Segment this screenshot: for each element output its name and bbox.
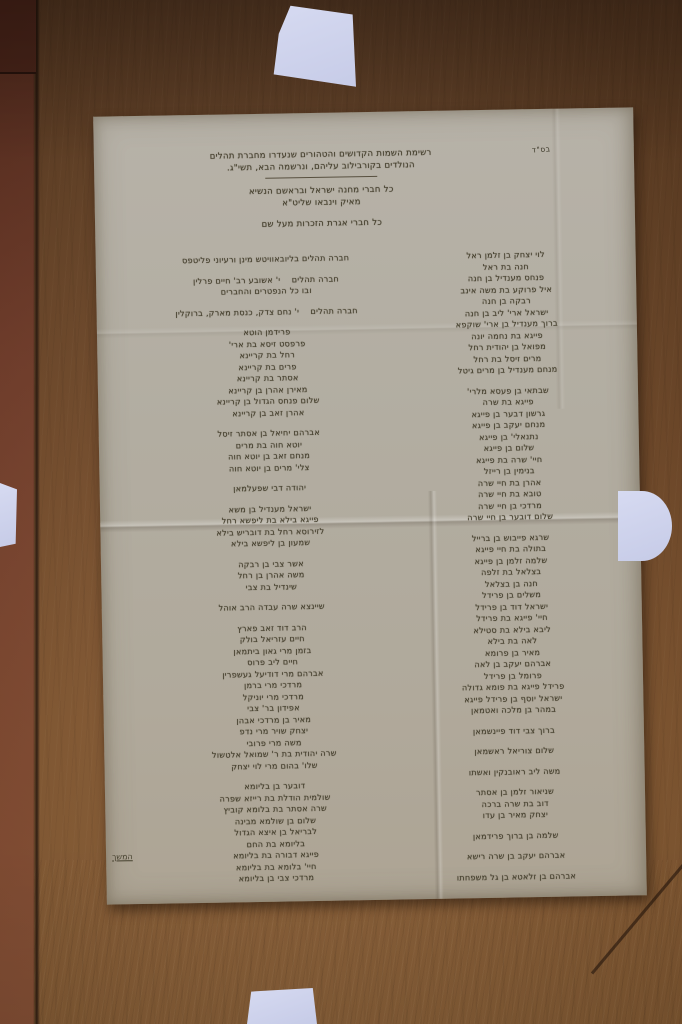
name-line: אברהם בן זלאטא בן גל משפחתו	[400, 869, 632, 885]
tape-piece-bottom	[247, 988, 317, 1024]
name-line: יהודה דבי שפעלמאן	[118, 480, 422, 497]
name-group: משה ליב ראובנקין ואשתו	[399, 764, 631, 780]
name-line: שיינצא שרה עבדה הרב אוהל	[120, 599, 424, 616]
name-group: שלום צוריאל ראשמאן	[398, 743, 630, 759]
name-group: אברהם בן זלאטא בן גל משפחתו	[400, 869, 632, 885]
name-line: שלמה בן ברוך פרידמאן	[400, 828, 632, 844]
names-column-left: חברה תהלים בליובאוויטש מינן ורעיוני פליט…	[114, 251, 429, 896]
tape-piece-left	[0, 483, 17, 547]
title-separator	[265, 176, 377, 179]
name-line: חברה תהלים י' נחם צדק, כנסת מארק, ברוקלי…	[115, 304, 419, 321]
photo-of-document: { "photo": { "handwritten_note": "בס\"ד"…	[0, 0, 682, 1024]
document-header: רשימת השמות הקדושים והטהורים שנעדרו מחבר…	[115, 145, 527, 233]
name-group: אברהם יעקב בן שרה רישא	[400, 848, 632, 864]
name-group: הרב דוד זאב פארץחיים עזריאל בולקבזמן מרי…	[120, 620, 427, 775]
name-line: שלום צוריאל ראשמאן	[398, 743, 630, 759]
handwritten-note: בס"ד	[532, 144, 551, 154]
right-name-list: לוי יצחק בן זלמן ראלחנה בת ראלפנחס מענדי…	[390, 248, 633, 885]
name-group: שרגא פייבוש בן בריילבתולה בת חיי פייגאשל…	[394, 530, 629, 718]
name-group: חברה תהלים י' אשובע רב' חיים פרליןובו כל…	[114, 272, 418, 300]
name-line: אברהם יעקב בן שרה רישא	[400, 848, 632, 864]
left-name-list: פרידמן הוטאפרפסט זיסא בת ארי'רחל בת קריי…	[115, 324, 429, 887]
footer-note: המשך	[112, 852, 133, 861]
name-line: חברה תהלים בליובאוויטש מינן ורעיוני פליט…	[114, 251, 418, 268]
name-group: פרידמן הוטאפרפסט זיסא בת ארי'רחל בת קריי…	[115, 324, 421, 421]
name-group: חברה תהלים בליובאוויטש מינן ורעיוני פליט…	[114, 251, 418, 268]
dedication-line-3: כל חברי אגרת הזכרות מעל שם	[117, 214, 528, 233]
society-header-list: חברה תהלים בליובאוויטש מינן ורעיוני פליט…	[114, 251, 419, 320]
name-group: אברהם יחיאל בן אסתר זיסליוטא חוה בת מרים…	[117, 425, 422, 476]
wood-plank-seam-left	[33, 0, 40, 1024]
name-group: אשר צבי בן רבקהמשה אהרן בן רחלשינדיל בת …	[119, 556, 424, 596]
name-group: שלמה בן ברוך פרידמאן	[400, 828, 632, 844]
paper-document: בס"ד רשימת השמות הקדושים והטהורים שנעדרו…	[93, 107, 647, 904]
name-group: שבתאי בן פעסא מלרי'פייגא בת שרהגרשון דבע…	[392, 383, 626, 525]
name-group: שניאור זלמן בן אסתרדוב בת שרה ברכהיצחק מ…	[399, 784, 632, 823]
name-group: לוי יצחק בן זלמן ראלחנה בת ראלפנחס מענדי…	[390, 248, 624, 379]
name-group: שיינצא שרה עבדה הרב אוהל	[120, 599, 424, 616]
name-group: ישראל מענדיל בן משאפייגא בילא בת ליפשא ר…	[118, 501, 423, 552]
name-line: משה ליב ראובנקין ואשתו	[399, 764, 631, 780]
name-group: חברה תהלים י' נחם צדק, כנסת מארק, ברוקלי…	[115, 304, 419, 321]
name-group: דובער בן בליומאשולמית הודלת בת רייזא שפר…	[123, 778, 429, 887]
name-group: ברוך צבי דוד פיינשמאן	[398, 723, 630, 739]
name-line: ברוך צבי דוד פיינשמאן	[398, 723, 630, 739]
names-column-right: לוי יצחק בן זלמן ראלחנה בת ראלפנחס מענדי…	[390, 248, 633, 894]
name-group: יהודה דבי שפעלמאן	[118, 480, 422, 497]
wood-plank-corner-top-left	[0, 0, 36, 74]
